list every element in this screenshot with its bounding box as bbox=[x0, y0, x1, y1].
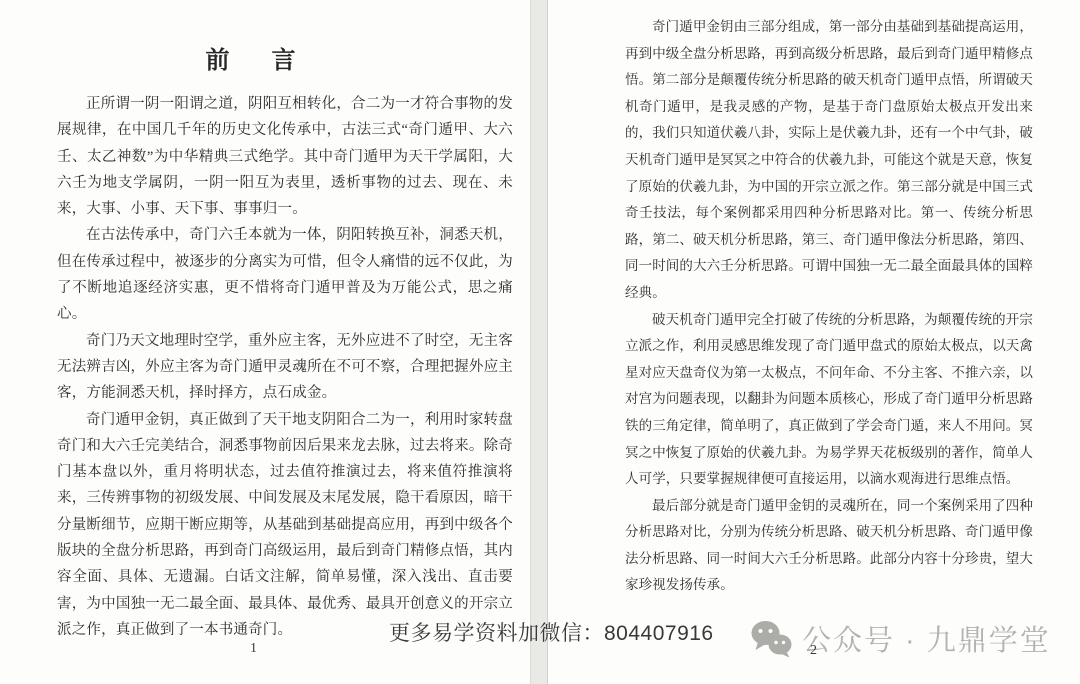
official-account-label: 公众号 · 九鼎学堂 bbox=[802, 618, 1051, 659]
paragraph: 最后部分就是奇门遁甲金钥的灵魂所在，同一个案例采用了四种分析思路对比，分别为传统… bbox=[625, 493, 1033, 599]
paragraph: 破天机奇门遁甲完全打破了传统的分析思路，为颠覆传统的开宗立派之作，利用灵感思维发… bbox=[625, 307, 1033, 493]
paragraph: 奇门遁甲金钥由三部分组成，第一部分由基础到基础提高运用，再到中级全盘分析思路，再… bbox=[625, 14, 1033, 307]
page-left: 前 言 正所谓一阴一阳谓之道，阴阳互相转化，合二为一才符合事物的发展规律，在中国… bbox=[0, 0, 530, 684]
left-page-body: 正所谓一阴一阳谓之道，阴阳互相转化，合二为一才符合事物的发展规律，在中国几千年的… bbox=[57, 91, 513, 643]
page-gutter bbox=[530, 0, 548, 684]
book-spread: 前 言 正所谓一阴一阳谓之道，阴阳互相转化，合二为一才符合事物的发展规律，在中国… bbox=[0, 0, 1080, 684]
paragraph: 奇门乃天文地理时空学，重外应主客，无外应进不了时空，无主客无法辨吉凶，外应主客为… bbox=[57, 328, 513, 407]
page-number-right: 2 bbox=[810, 643, 817, 659]
paragraph: 正所谓一阴一阳谓之道，阴阳互相转化，合二为一才符合事物的发展规律，在中国几千年的… bbox=[57, 91, 513, 222]
watermark-wechat-contact: 更多易学资料加微信：804407916 bbox=[389, 617, 714, 647]
preface-title: 前 言 bbox=[27, 40, 483, 75]
paragraph: 奇门遁甲金钥，真正做到了天干地支阴阳合二为一，利用时家转盘奇门和大六壬完美结合，… bbox=[57, 407, 513, 644]
paragraph: 在古法传承中，奇门六壬本就为一体，阴阳转换互补，洞悉天机，但在传承过程中，被逐步… bbox=[57, 222, 513, 327]
wechat-icon bbox=[750, 620, 794, 658]
watermark-official-account: 公众号 · 九鼎学堂 bbox=[750, 618, 1051, 659]
right-page-body: 奇门遁甲金钥由三部分组成，第一部分由基础到基础提高运用，再到中级全盘分析思路，再… bbox=[625, 14, 1033, 599]
page-right: 奇门遁甲金钥由三部分组成，第一部分由基础到基础提高运用，再到中级全盘分析思路，再… bbox=[548, 0, 1080, 684]
page-number-left: 1 bbox=[250, 641, 257, 657]
